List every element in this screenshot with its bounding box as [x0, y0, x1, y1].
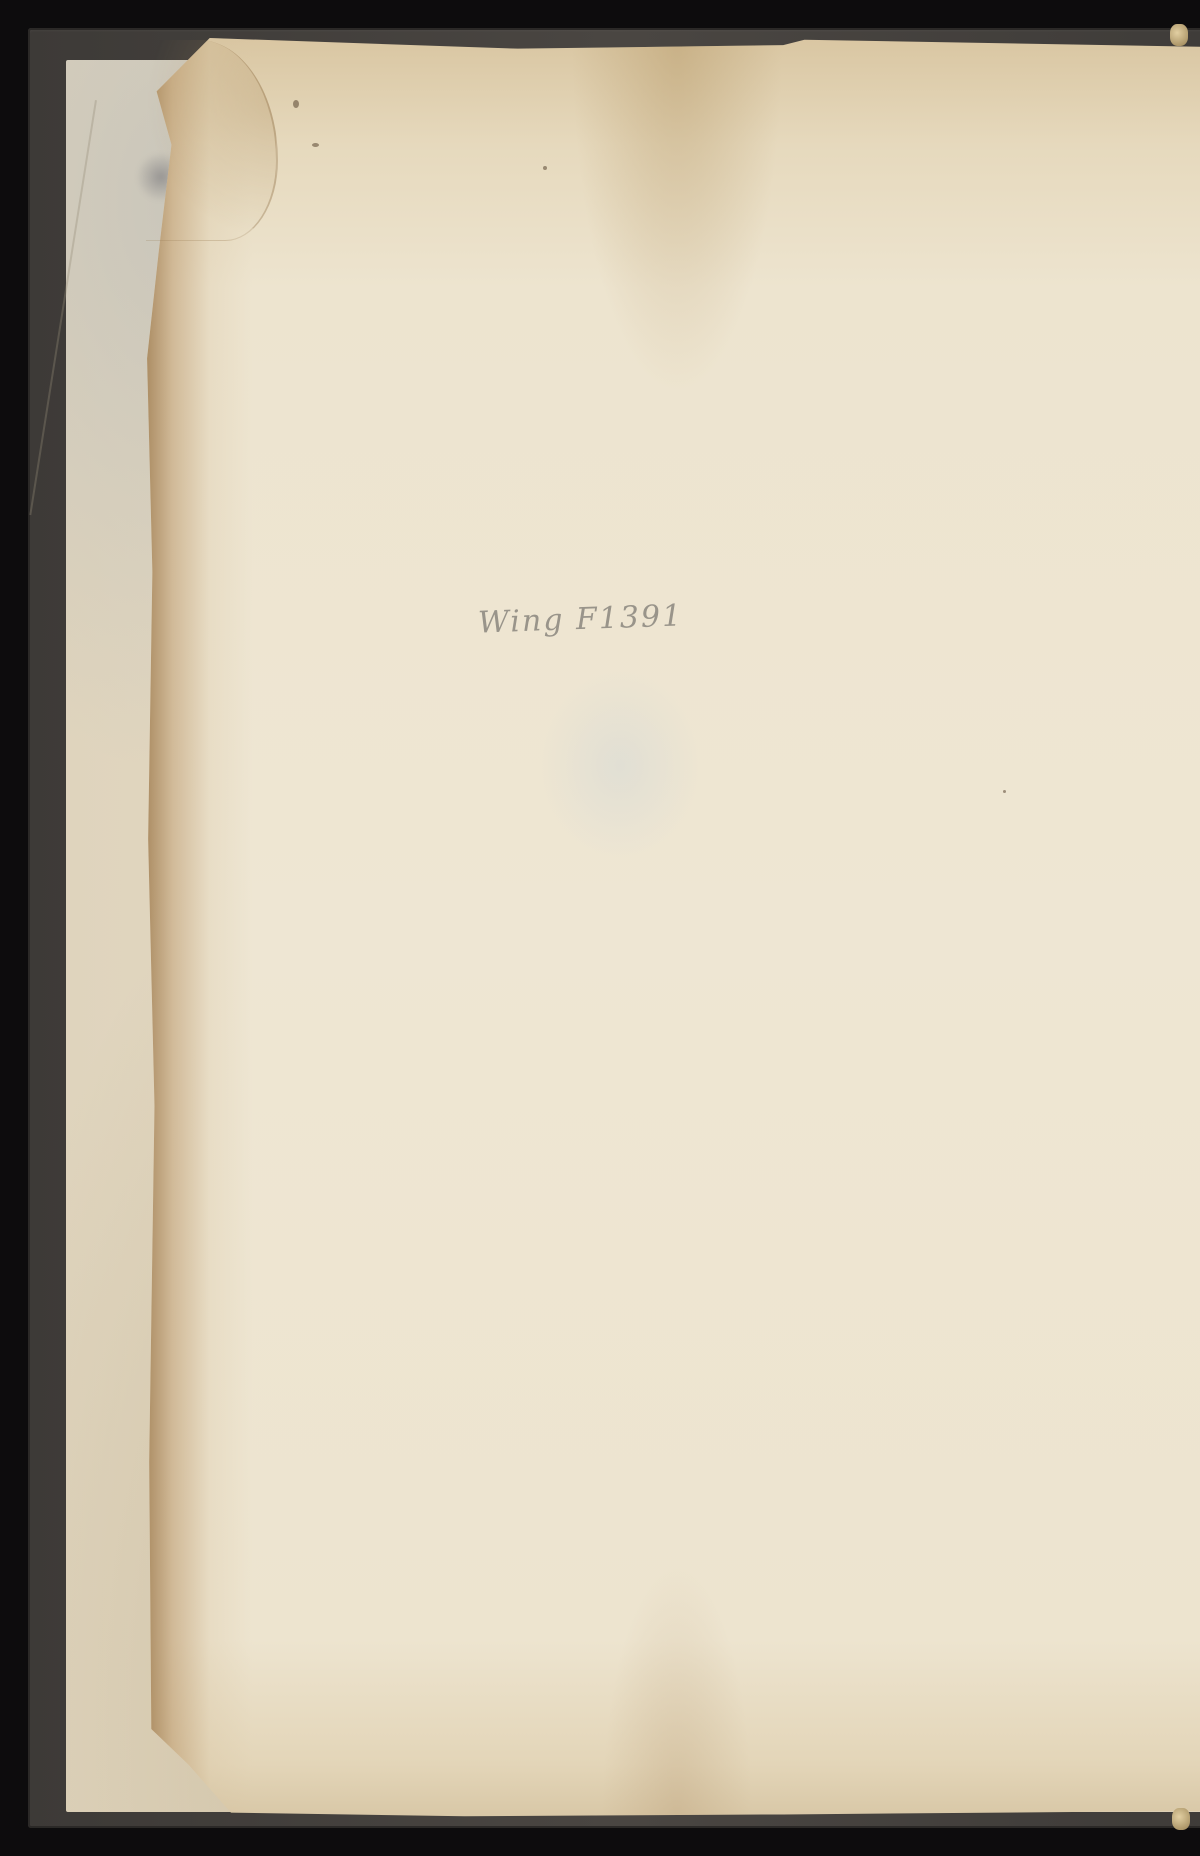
- corner-clip: [1170, 24, 1188, 46]
- foxing-spot: [543, 166, 547, 170]
- foxing-spot: [312, 143, 319, 147]
- offset-ghost-image: [540, 670, 700, 860]
- corner-clip: [1172, 1808, 1190, 1830]
- foxing-spot: [1003, 790, 1006, 793]
- document-page: [146, 38, 1200, 1818]
- handwritten-catalog-note: Wing F1391: [477, 598, 683, 640]
- foxing-spot: [293, 100, 299, 108]
